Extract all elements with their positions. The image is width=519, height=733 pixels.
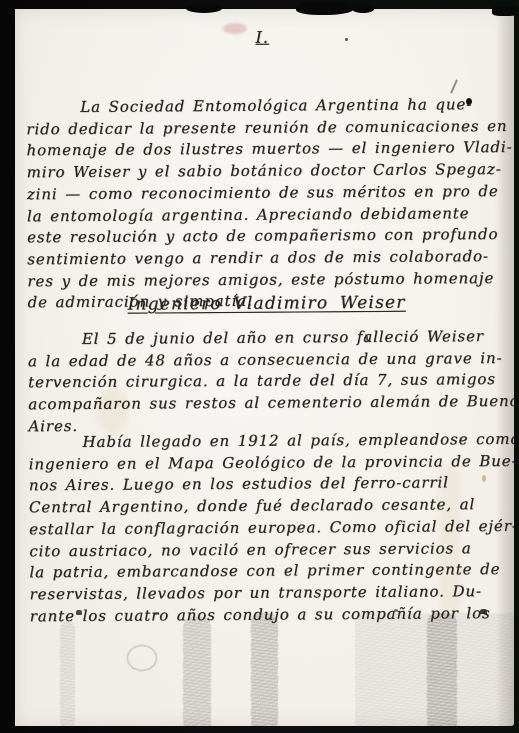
handwritten-text-layer: I. La Sociedad Entomológica Argentina ha… [15,9,514,726]
manuscript-line: sentimiento vengo a rendir a dos de mis … [27,246,505,271]
scanner-background: I. La Sociedad Entomológica Argentina ha… [0,0,519,733]
manuscript-page: I. La Sociedad Entomológica Argentina ha… [15,9,514,726]
manuscript-line: zini — como reconocimiento de sus mérito… [27,181,505,206]
manuscript-line: acompañaron sus restos al cementerio ale… [28,391,506,416]
paragraph-death: El 5 de junio del año en curso falleció … [28,326,507,438]
section-heading: Ingeniero Vladimiro Weiser [27,292,505,315]
manuscript-line: miro Weiser y el sabio botánico doctor C… [27,159,505,184]
border-ragged-blob [186,4,222,13]
manuscript-line: rante los cuatro años condujo a su compa… [30,603,508,628]
manuscript-line: Central Argentino, donde fué declarado c… [29,494,507,519]
paragraph-intro: La Sociedad Entomológica Argentina ha qu… [26,94,506,314]
border-ragged-blob [352,5,374,13]
paragraph-biography: Había llegado en 1912 al país, empleando… [28,429,507,628]
manuscript-line: res y de mis mejores amigos, este póstum… [27,268,505,293]
border-ragged-blob [492,6,518,16]
manuscript-line: El 5 de junio del año en curso falleció … [28,326,506,351]
manuscript-line: estallar la conflagración europea. Como … [29,516,507,541]
manuscript-line: Había llegado en 1912 al país, empleando… [28,429,506,454]
manuscript-line: La Sociedad Entomológica Argentina ha qu… [26,94,504,119]
border-ragged-blob [296,2,354,15]
page-number: I. [15,26,512,48]
manuscript-line: reservistas, llevados por un transporte … [30,581,508,606]
